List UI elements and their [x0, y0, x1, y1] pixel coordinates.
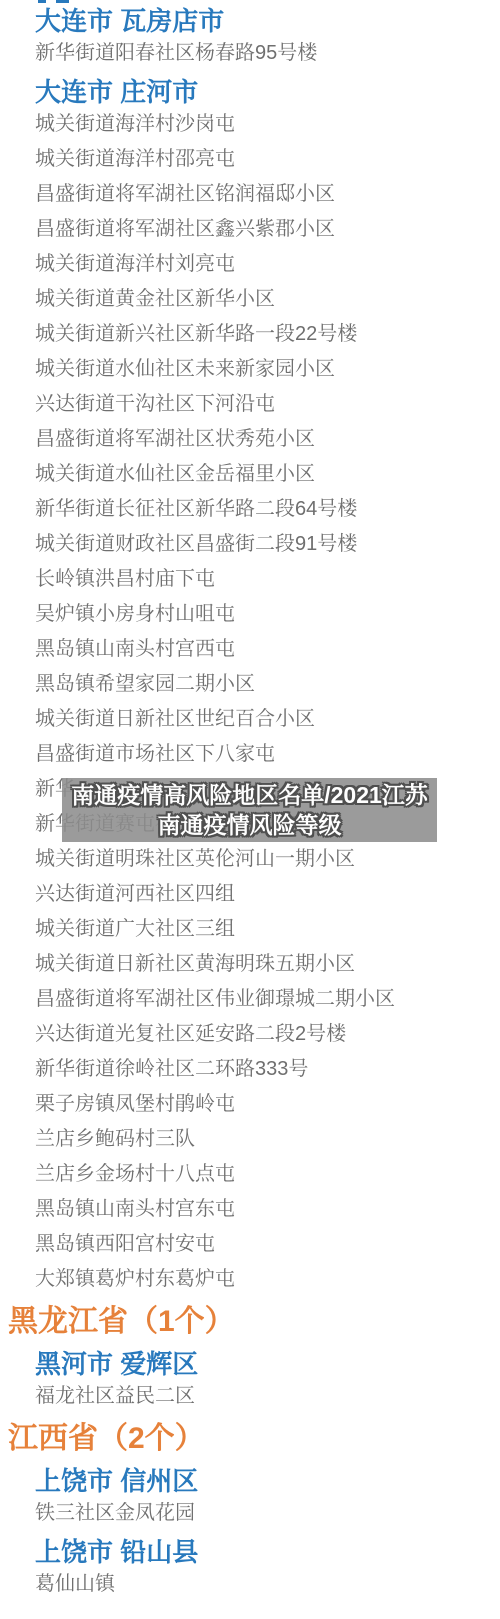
province-header: 江西省（2个） [8, 1420, 500, 1458]
list-item: 昌盛街道市场社区下八家屯 [35, 743, 500, 765]
list-item: 城关街道明珠社区英伦河山一期小区 [35, 848, 500, 870]
list-item: 城关街道海洋村刘亮屯 [35, 253, 500, 275]
list-item: 吴炉镇小房身村山咀屯 [35, 603, 500, 625]
city-header: 大连市 庄河市 [35, 77, 500, 107]
list-item: 福龙社区益民二区 [35, 1385, 500, 1407]
list-item: 昌盛街道将军湖社区鑫兴紫郡小区 [35, 218, 500, 240]
list-item: 城关街道黄金社区新华小区 [35, 288, 500, 310]
watermark-title-line2: 南通疫情风险等级 [62, 810, 437, 840]
list-item: 兴达街道光复社区延安路二段2号楼 [35, 1023, 500, 1045]
list-item: 新华街道阳春社区杨春路95号楼 [35, 42, 500, 64]
clipped-header-remnant [56, 0, 69, 3]
list-item: 兰店乡金场村十八点屯 [35, 1163, 500, 1185]
list-item: 长岭镇洪昌村庙下屯 [35, 568, 500, 590]
list-item: 城关街道水仙社区金岳福里小区 [35, 463, 500, 485]
list-item: 兴达街道干沟社区下河沿屯 [35, 393, 500, 415]
list-item: 黑岛镇山南头村宫西屯 [35, 638, 500, 660]
list-item: 城关街道日新社区黄海明珠五期小区 [35, 953, 500, 975]
watermark-title: 南通疫情高风险地区名单/2021江苏 南通疫情风险等级 [62, 778, 437, 842]
list-item: 城关街道新兴社区新华路一段22号楼 [35, 323, 500, 345]
list-item: 新华街道长征社区新华路二段64号楼 [35, 498, 500, 520]
city-header: 上饶市 铅山县 [35, 1537, 500, 1567]
list-item: 黑岛镇西阳宫村安屯 [35, 1233, 500, 1255]
watermark-title-line1: 南通疫情高风险地区名单/2021江苏 [62, 780, 437, 810]
list-item: 铁三社区金凤花园 [35, 1502, 500, 1524]
city-header: 黑河市 爱辉区 [35, 1349, 500, 1379]
list-item: 兰店乡鲍码村三队 [35, 1128, 500, 1150]
list-item: 城关街道日新社区世纪百合小区 [35, 708, 500, 730]
list-item: 昌盛街道将军湖社区伟业御璟城二期小区 [35, 988, 500, 1010]
city-header: 大连市 瓦房店市 [35, 6, 500, 36]
list-item: 栗子房镇凤堡村鹃岭屯 [35, 1093, 500, 1115]
list-item: 新华街道徐岭社区二环路333号 [35, 1058, 500, 1080]
list-item: 城关街道水仙社区未来新家园小区 [35, 358, 500, 380]
clipped-header-remnant [38, 0, 46, 3]
list-item: 昌盛街道将军湖社区铭润福邸小区 [35, 183, 500, 205]
list-item: 城关街道财政社区昌盛街二段91号楼 [35, 533, 500, 555]
list-item: 城关街道海洋村邵亮屯 [35, 148, 500, 170]
list-item: 城关街道广大社区三组 [35, 918, 500, 940]
city-header: 上饶市 信州区 [35, 1466, 500, 1496]
list-item: 城关街道海洋村沙岗屯 [35, 113, 500, 135]
list-item: 葛仙山镇 [35, 1573, 500, 1595]
list-item: 大郑镇葛炉村东葛炉屯 [35, 1268, 500, 1290]
list-item: 兴达街道河西社区四组 [35, 883, 500, 905]
list-item: 黑岛镇希望家园二期小区 [35, 673, 500, 695]
province-header: 黑龙江省（1个） [8, 1303, 500, 1341]
list-item: 昌盛街道将军湖社区状秀苑小区 [35, 428, 500, 450]
list-item: 黑岛镇山南头村宫东屯 [35, 1198, 500, 1220]
